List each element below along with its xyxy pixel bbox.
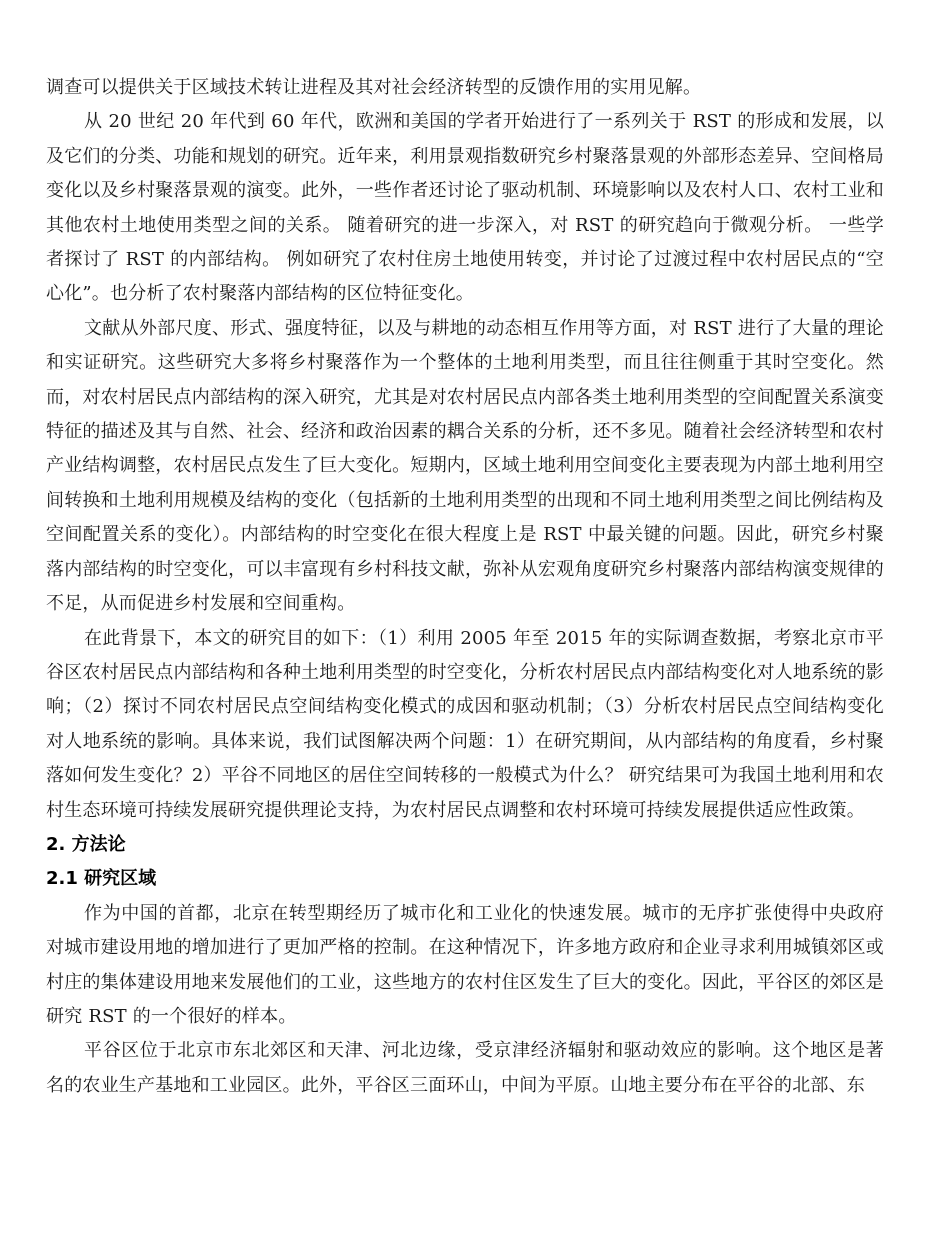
paragraph-literature-gap: 文献从外部尺度、形式、强度特征，以及与耕地的动态相互作用等方面，对 RST 进行… [46,312,884,622]
paragraph-rst-history: 从 20 世纪 20 年代到 60 年代，欧洲和美国的学者开始进行了一系列关于 … [46,105,884,311]
paragraph-research-objectives: 在此背景下，本文的研究目的如下：（1）利用 2005 年至 2015 年的实际调… [46,622,884,828]
section-heading-methodology: 2. 方法论 [46,828,884,862]
paragraph-pinggu-location: 平谷区位于北京市东北郊区和天津、河北边缘，受京津经济辐射和驱动效应的影响。这个地… [46,1034,884,1103]
paragraph-intro-continuation: 调查可以提供关于区域技术转让进程及其对社会经济转型的反馈作用的实用见解。 [46,71,884,105]
document-page: 调查可以提供关于区域技术转让进程及其对社会经济转型的反馈作用的实用见解。 从 2… [46,71,884,1103]
subsection-heading-study-area: 2.1 研究区域 [46,862,884,896]
paragraph-beijing-context: 作为中国的首都，北京在转型期经历了城市化和工业化的快速发展。城市的无序扩张使得中… [46,897,884,1035]
